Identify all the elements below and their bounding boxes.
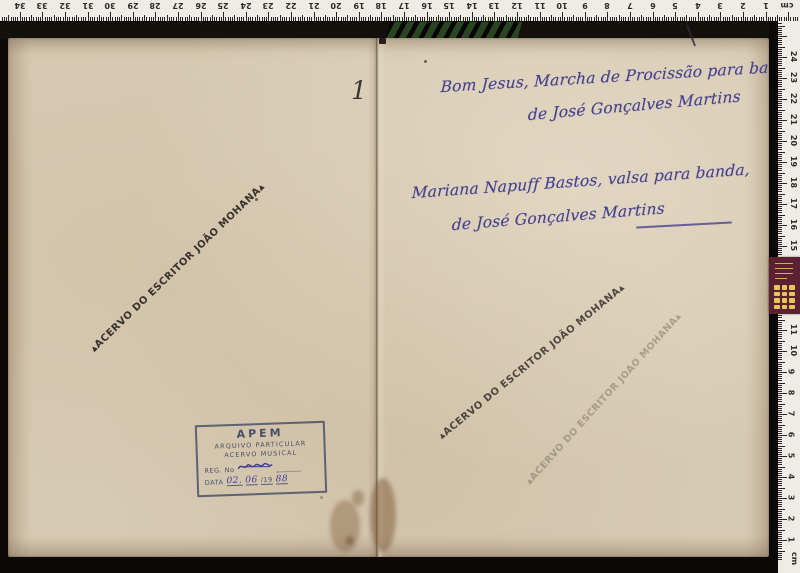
ruler-tick [424, 17, 425, 21]
ruler-tick [447, 17, 448, 21]
ruler-tick [616, 17, 617, 21]
ruler-tick [778, 233, 782, 234]
ruler-number-label: 34 [11, 1, 29, 10]
green-fabric-patch [386, 21, 523, 38]
ruler-tick [463, 17, 464, 21]
ruler-tick [778, 116, 782, 117]
ruler-tick [778, 401, 782, 402]
ruler-tick [24, 17, 25, 21]
ruler-tick [778, 534, 782, 535]
ruler-tick [347, 15, 348, 22]
ruler-number-label: 10 [789, 345, 798, 356]
ruler-tick [778, 494, 782, 495]
ruler-number-label: 3 [711, 1, 729, 10]
ruler-tick [778, 343, 782, 344]
ruler-tick [778, 315, 782, 316]
data-year: 88 [276, 476, 289, 484]
ruler-tick [752, 17, 753, 21]
ruler-tick [29, 17, 30, 21]
ruler-tick [544, 17, 545, 21]
ruler-tick [707, 17, 708, 21]
ruler-tick [128, 17, 129, 21]
ruler-tick [442, 17, 443, 21]
ruler-tick [778, 536, 782, 537]
fold-crease-line [376, 38, 377, 557]
ruler-tick [81, 17, 82, 21]
ruler-tick [476, 17, 477, 21]
ruler-tick [778, 412, 782, 413]
ruler-tick [702, 17, 703, 21]
ruler-tick [117, 17, 118, 21]
ruler-tick [778, 527, 782, 528]
ruler-tick [778, 475, 782, 476]
ruler-tick [727, 17, 728, 21]
ruler-tick [551, 15, 552, 22]
ruler-tick [778, 441, 782, 442]
ruler-tick [766, 12, 767, 21]
ruler-tick [320, 17, 321, 21]
ruler-tick [778, 513, 782, 514]
ruler-tick [778, 128, 782, 129]
ruler-tick [76, 15, 77, 22]
ruler-tick [363, 17, 364, 21]
ruler-tick [778, 147, 782, 148]
ruler-tick [628, 17, 629, 21]
ruler-tick [605, 17, 606, 21]
ruler-tick [778, 425, 785, 426]
ruler-tick [255, 17, 256, 21]
ruler-tick [130, 17, 131, 21]
ruler-tick [228, 17, 229, 21]
ruler-tick [778, 118, 782, 119]
ruler-tick [698, 12, 699, 21]
ruler-tick [711, 17, 712, 21]
ruler-tick [734, 17, 735, 21]
ruler-tick [350, 17, 351, 21]
ruler-tick [643, 17, 644, 21]
ruler-tick [390, 17, 391, 21]
ruler-tick [778, 353, 782, 354]
ruler-tick [778, 149, 782, 150]
ruler-tick [458, 17, 459, 21]
ruler-tick [388, 17, 389, 21]
ruler-tick [318, 17, 319, 21]
ruler-tick [596, 15, 597, 22]
ruler-tick [546, 17, 547, 21]
ruler-tick [569, 17, 570, 21]
ruler-tick [578, 17, 579, 21]
ruler-tick [420, 17, 421, 21]
ruler-tick [535, 17, 536, 21]
ruler-tick [756, 17, 757, 21]
ruler-tick [252, 17, 253, 21]
ruler-tick [214, 17, 215, 21]
ruler-tick [451, 17, 452, 21]
ruler-number-label: 6 [644, 1, 662, 10]
ruler-tick [778, 378, 782, 379]
ruler-tick [778, 97, 782, 98]
ruler-tick [778, 509, 785, 510]
ruler-tick [36, 17, 37, 21]
ruler-tick [736, 17, 737, 21]
apem-stamp: APEM ARQUIVO PARTICULAR ACERVO MUSICAL R… [195, 421, 327, 497]
ruler-tick [573, 15, 574, 22]
ruler-tick [298, 17, 299, 21]
ruler-tick [778, 110, 785, 111]
ruler-tick [530, 17, 531, 21]
ruler-tick [761, 17, 762, 21]
inscription-2-line-2: de José Gonçalves Martins [452, 199, 665, 234]
ruler-tick [4, 17, 5, 21]
ruler-tick [680, 17, 681, 21]
reg-label: REG. No [204, 466, 234, 475]
ruler-tick [302, 15, 303, 22]
ruler-tick [356, 17, 357, 21]
ruler-tick [768, 17, 769, 21]
ruler-tick [311, 17, 312, 21]
ruler-tick [280, 15, 281, 22]
ruler-tick [778, 317, 782, 318]
ruler-tick [778, 198, 782, 199]
ruler-tick [90, 17, 91, 21]
ruler-tick [497, 17, 498, 21]
ruler-tick [630, 12, 631, 21]
ruler-tick [778, 44, 782, 45]
ruler-tick [379, 17, 380, 21]
ruler-tick [194, 17, 195, 21]
ruler-tick [691, 17, 692, 21]
ruler-tick [778, 86, 782, 87]
ruler-tick [411, 17, 412, 21]
ruler-tick [246, 12, 247, 21]
ruler-tick [203, 17, 204, 21]
ruler-tick [778, 502, 782, 503]
ruler-tick [778, 504, 782, 505]
ruler-tick [176, 17, 177, 21]
ruler-tick [601, 17, 602, 21]
ruler-tick [778, 471, 782, 472]
ruler-tick [63, 17, 64, 21]
ruler-tick [508, 17, 509, 21]
ruler-tick [750, 17, 751, 21]
ruler-tick [778, 479, 782, 480]
ruler-tick [778, 139, 782, 140]
ruler-tick [515, 17, 516, 21]
ruler-tick [108, 17, 109, 21]
ruler-tick [167, 15, 168, 22]
ruler-tick [223, 12, 224, 21]
ruler-tick [271, 17, 272, 21]
ruler-number-label: 26 [192, 1, 210, 10]
ruler-tick [778, 84, 782, 85]
ruler-tick [778, 51, 782, 52]
ruler-tick [778, 511, 782, 512]
ruler-number-label: 24 [789, 51, 798, 62]
ruler-tick [634, 17, 635, 21]
ruler-tick [58, 17, 59, 21]
ruler-number-label: 19 [350, 1, 368, 10]
ruler-tick [494, 12, 495, 21]
ruler-tick [684, 17, 685, 21]
ruler-tick [78, 17, 79, 21]
ruler-tick [778, 542, 782, 543]
ruler-tick [133, 12, 134, 21]
ruler-tick [778, 420, 782, 421]
ruler-tick [101, 17, 102, 21]
ruler-tick [778, 135, 782, 136]
ruler-tick [38, 17, 39, 21]
ruler-tick [778, 154, 782, 155]
ruler-number-label: 13 [485, 1, 503, 10]
ruler-tick [778, 141, 787, 142]
ruler-tick [778, 345, 782, 346]
ruler-tick [778, 217, 782, 218]
ruler-tick [778, 145, 782, 146]
ruler-tick [778, 355, 782, 356]
ruler-tick [650, 17, 651, 21]
ruler-tick [778, 38, 782, 39]
ruler-tick [778, 219, 782, 220]
ruler-tick [778, 366, 782, 367]
ruler-tick [778, 443, 782, 444]
ruler-tick [492, 17, 493, 21]
ruler-tick [778, 93, 782, 94]
ruler-number-label: 10 [553, 1, 571, 10]
ruler-tick [26, 17, 27, 21]
ruler-tick [778, 351, 787, 352]
ruler-tick [778, 332, 782, 333]
ruler-tick [169, 17, 170, 21]
ruler-tick [778, 133, 782, 134]
ruler-tick [273, 17, 274, 21]
ruler-tick [540, 12, 541, 21]
ruler-tick [384, 17, 385, 21]
ruler-number-label: 7 [786, 411, 795, 417]
ruler-tick [336, 12, 337, 21]
ruler-tick [778, 42, 782, 43]
ruler-tick [488, 17, 489, 21]
ruler-tick [778, 553, 782, 554]
ruler-tick [716, 17, 717, 21]
ruler-tick [74, 17, 75, 21]
ruler-tick [564, 17, 565, 21]
ruler-tick [778, 196, 782, 197]
ruler-tick [257, 15, 258, 22]
ruler-number-label: 15 [789, 240, 798, 251]
ruler-tick [778, 166, 782, 167]
ruler-tick [361, 17, 362, 21]
ruler-tick [431, 17, 432, 21]
ruler-number-label: 23 [259, 1, 277, 10]
ruler-tick [700, 17, 701, 21]
ruler-tick [778, 229, 782, 230]
ruler-tick [31, 15, 32, 22]
ruler-number-label: 2 [734, 1, 752, 10]
ruler-tick [155, 12, 156, 21]
ruler-tick [778, 374, 782, 375]
ruler-tick [689, 17, 690, 21]
ruler-tick [778, 170, 782, 171]
ruler-tick [121, 15, 122, 22]
ruler-number-label: 11 [789, 324, 798, 335]
ruler-tick [359, 12, 360, 21]
ruler-tick [778, 120, 787, 121]
ruler-tick [778, 506, 782, 507]
ruler-tick [225, 17, 226, 21]
ruler-tick [778, 320, 785, 321]
ruler-tick [778, 385, 782, 386]
ruler-number-label: 9 [786, 369, 795, 375]
ruler-tick [646, 17, 647, 21]
ruler-tick [653, 12, 654, 21]
data-label: DATA [205, 478, 224, 487]
ruler-tick [778, 517, 782, 518]
ruler-tick [778, 175, 782, 176]
ruler-tick [778, 492, 782, 493]
ruler-tick [778, 433, 782, 434]
ruler-tick [69, 17, 70, 21]
ruler-tick [465, 17, 466, 21]
ruler-tick [142, 17, 143, 21]
ruler-tick [603, 17, 604, 21]
ruler-tick [517, 12, 518, 21]
ruler-tick [778, 532, 782, 533]
ruler-tick [778, 204, 787, 205]
ruler-tick [778, 452, 782, 453]
ruler-tick [67, 17, 68, 21]
sticker-text-line [775, 263, 793, 264]
ruler-tick [97, 17, 98, 21]
ruler-tick [778, 521, 782, 522]
ruler-tick [778, 462, 782, 463]
ruler-tick [778, 341, 785, 342]
ruler-tick [415, 15, 416, 22]
ruler-tick [621, 17, 622, 21]
ruler-tick [239, 17, 240, 21]
ruler-tick [778, 336, 782, 337]
ruler-tick [778, 250, 782, 251]
ruler-tick [171, 17, 172, 21]
ruler-tick [778, 231, 782, 232]
ruler-tick [686, 15, 687, 22]
ruler-tick [778, 450, 782, 451]
ruler-tick [591, 17, 592, 21]
ruler-tick [778, 143, 782, 144]
ruler-tick [778, 454, 782, 455]
ruler-tick [778, 464, 782, 465]
ruler-tick [343, 17, 344, 21]
ruler-tick [778, 208, 782, 209]
ruler-number-label: 1 [786, 537, 795, 543]
ruler-tick [436, 17, 437, 21]
ruler-tick [778, 49, 782, 50]
ruler-tick [778, 177, 782, 178]
ruler-tick [778, 548, 782, 549]
ruler-tick [778, 490, 782, 491]
ruler-tick [718, 17, 719, 21]
ruler-number-label: 4 [786, 474, 795, 480]
page-number: 1 [351, 76, 367, 105]
ruler-tick [743, 12, 744, 21]
ruler-tick [555, 17, 556, 21]
ruler-tick [501, 17, 502, 21]
ruler-tick [219, 17, 220, 21]
document-paper: 1 Bom Jesus, Marcha de Procissão para ba… [8, 38, 769, 557]
data-month: 06 [245, 477, 258, 485]
ruler-tick [408, 17, 409, 21]
ruler-tick [329, 17, 330, 21]
ruler-tick [778, 40, 782, 41]
ruler-tick [778, 187, 782, 188]
ruler-tick [778, 152, 785, 153]
ruler-tick [580, 17, 581, 21]
ruler-tick [778, 72, 782, 73]
ruler-tick [778, 368, 782, 369]
ruler-tick [788, 12, 789, 21]
ruler-tick [266, 17, 267, 21]
building-windows-icon [774, 285, 795, 309]
ruler-tick [668, 17, 669, 21]
ruler-tick [778, 557, 782, 558]
ruler-tick [778, 429, 782, 430]
ruler-tick [778, 59, 782, 60]
ruler-tick [365, 17, 366, 21]
ruler-tick [763, 17, 764, 21]
ruler-unit-label: cm [790, 552, 799, 565]
ruler-tick [393, 15, 394, 22]
ruler-tick [778, 80, 782, 81]
ruler-tick [778, 416, 782, 417]
ruler-tick [778, 200, 782, 201]
ink-speck [320, 496, 323, 499]
ruler-tick [754, 15, 755, 22]
ruler-tick [51, 17, 52, 21]
ruler-tick [524, 17, 525, 21]
ruler-tick [512, 17, 513, 21]
ruler-number-label: 33 [33, 1, 51, 10]
ruler-tick [778, 238, 782, 239]
ruler-number-label: 16 [789, 219, 798, 230]
ruler-tick [623, 17, 624, 21]
ruler-number-label: 28 [146, 1, 164, 10]
ruler-tick [778, 70, 782, 71]
ruler-tick [778, 101, 782, 102]
ruler-tick [323, 17, 324, 21]
ruler-tick [778, 164, 782, 165]
ruler-tick [300, 17, 301, 21]
ruler-tick [187, 17, 188, 21]
ruler-tick [778, 242, 782, 243]
fold-stain [346, 536, 353, 545]
ruler-tick [666, 17, 667, 21]
ruler-tick [291, 12, 292, 21]
ruler-tick [778, 194, 785, 195]
ruler-tick [449, 12, 450, 21]
ruler-tick [778, 236, 785, 237]
ruler-tick [15, 17, 16, 21]
ruler-tick [560, 17, 561, 21]
ruler-tick [438, 15, 439, 22]
ruler-tick [427, 12, 428, 21]
ruler-tick [402, 17, 403, 21]
ruler-tick [126, 17, 127, 21]
ruler-tick [248, 17, 249, 21]
ruler-tick [440, 17, 441, 21]
ruler-unit-label: cm [778, 1, 796, 10]
ruler-tick [11, 17, 12, 21]
ruler-tick [182, 17, 183, 21]
ruler-tick [607, 12, 608, 21]
